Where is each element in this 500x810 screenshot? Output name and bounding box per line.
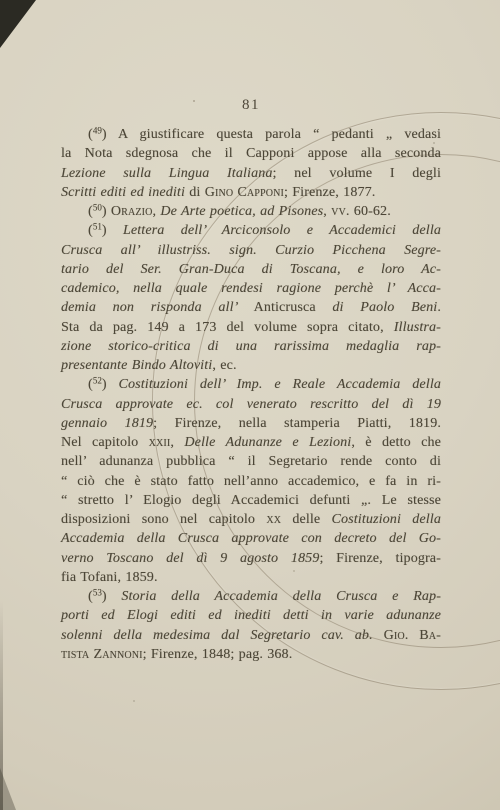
footnote-marker: 49 [93,126,102,136]
page-number: 81 [61,97,441,114]
text-line: Crusca approvate ec. col venerato rescri… [61,395,441,414]
text-line: porti ed Elogi editi ed inediti detti in… [61,606,441,625]
text-line: Nel capitolo xxii, Delle Adunanze e Lezi… [61,433,441,452]
text-line: Scritti editi ed inediti di Gino Capponi… [61,183,441,202]
text-line: Lezione sulla Lingua Italiana; nel volum… [61,164,441,183]
text-line: fia Tofani, 1859. [61,568,441,587]
footnote-marker: 53 [93,588,102,598]
text-line: Sta da pag. 149 a 173 del volume sopra c… [61,318,441,337]
text-line: la Nota sdegnosa che il Capponi appose a… [61,144,441,163]
text-line: solenni della medesima dal Segretario ca… [61,626,441,645]
text-line: (51) Lettera dell’ Arciconsolo e Accadem… [61,221,441,240]
text-line: presentante Bindo Altoviti, ec. [61,356,441,375]
text-line: nell’ adunanza pubblica “ il Segretario … [61,452,441,471]
text-line: “ ciò che è stato fatto nell’anno accade… [61,472,441,491]
text-line: tario del Ser. Gran-Duca di Toscana, e l… [61,260,441,279]
text-line: zione storico-critica di una rarissima m… [61,337,441,356]
footnote-marker: 52 [93,376,102,386]
footnote-marker: 50 [93,203,102,213]
footnote-marker: 51 [93,222,102,232]
text-line: verno Toscano del dì 9 agosto 1859; Fire… [61,549,441,568]
text-line: (52) Costituzioni dell’ Imp. e Reale Acc… [61,375,441,394]
text-line: Crusca all’ illustriss. sign. Curzio Pic… [61,241,441,260]
scan-corner-artifact-top-left [0,0,36,48]
text-line: demia non risponda all’ Anticrusca di Pa… [61,298,441,317]
text-line: “ stretto l’ Elogio degli Accademici def… [61,491,441,510]
text-line: (53) Storia della Accademia della Crusca… [61,587,441,606]
text-line: cademico, nella quale rendesi ragione pe… [61,279,441,298]
text-line: disposizioni sono nel capitolo xx delle … [61,510,441,529]
text-line: (49) A giustificare questa parola “ peda… [61,125,441,144]
text-line: gennaio 1819; Firenze, nella stamperia P… [61,414,441,433]
text-line: (50) Orazio, De Arte poetica, ad Pisones… [61,202,441,221]
text-line: tista Zannoni; Firenze, 1848; pag. 368. [61,645,441,664]
footnotes-block: (49) A giustificare questa parola “ peda… [61,125,441,664]
book-page-scan: 81 (49) A giustificare questa parola “ p… [0,0,500,810]
text-line: Accademia della Crusca approvate con dec… [61,529,441,548]
